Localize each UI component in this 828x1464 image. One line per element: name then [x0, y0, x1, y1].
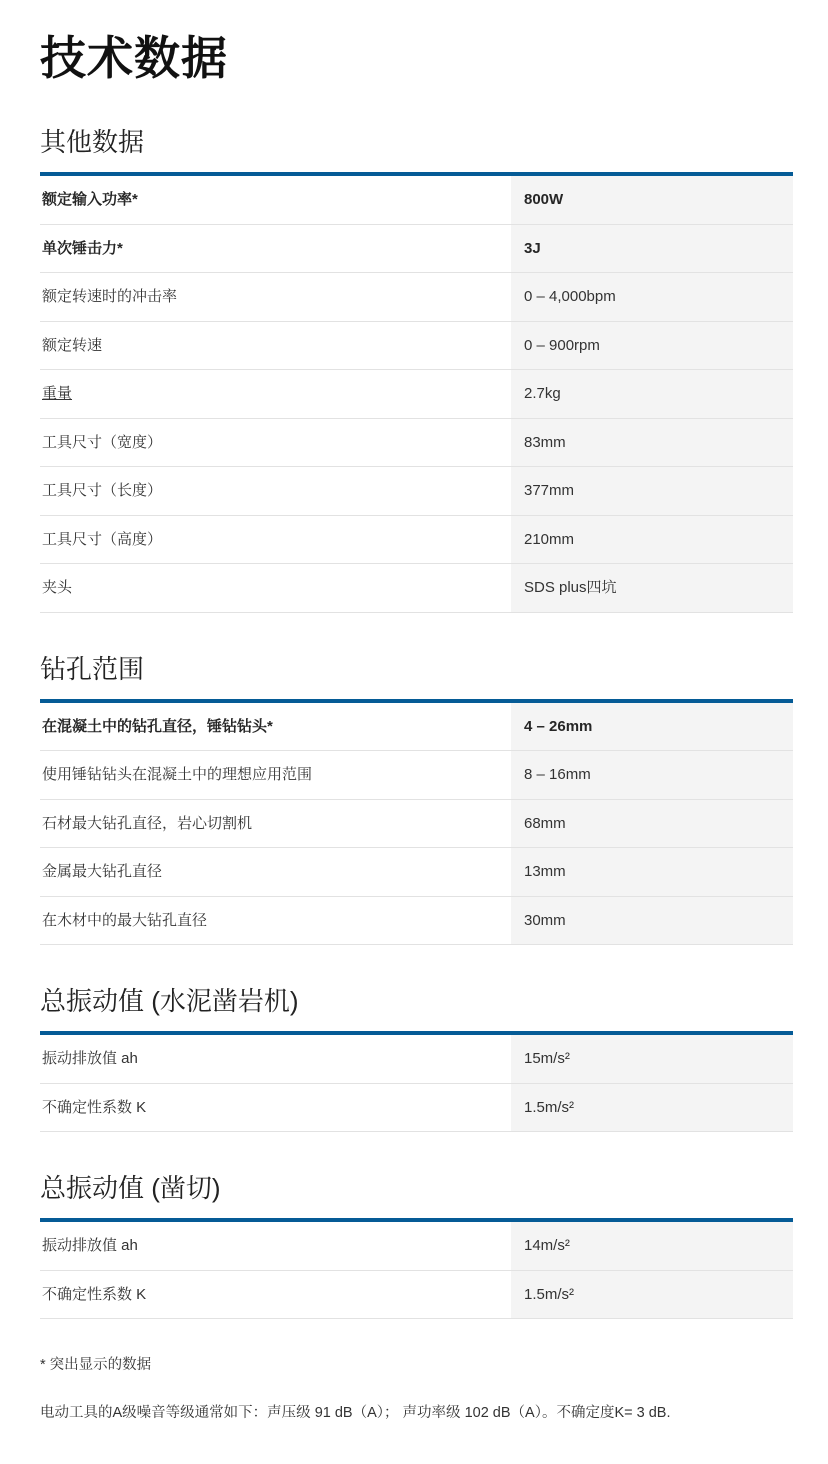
- spec-label: 振动排放值 ah: [40, 1222, 511, 1270]
- spec-row: 振动排放值 ah 14m/s²: [40, 1222, 793, 1271]
- spec-row: 不确定性系数 K 1.5m/s²: [40, 1271, 793, 1320]
- spec-label: 工具尺寸（宽度）: [40, 419, 511, 467]
- spec-label: 额定转速时的冲击率: [40, 273, 511, 321]
- spec-label: 使用锤钻钻头在混凝土中的理想应用范围: [40, 751, 511, 799]
- spec-row: 额定转速时的冲击率 0 – 4,000bpm: [40, 273, 793, 322]
- spec-value: 83mm: [511, 419, 793, 467]
- spec-row: 不确定性系数 K 1.5m/s²: [40, 1084, 793, 1133]
- spec-row: 石材最大钻孔直径，岩心切割机 68mm: [40, 800, 793, 849]
- spec-value: 15m/s²: [511, 1035, 793, 1083]
- spec-value: 377mm: [511, 467, 793, 515]
- spec-label: 夹头: [40, 564, 511, 612]
- spec-row: 额定输入功率* 800W: [40, 176, 793, 225]
- spec-row: 工具尺寸（宽度） 83mm: [40, 419, 793, 468]
- spec-label: 单次锤击力*: [40, 225, 511, 273]
- spec-value: 68mm: [511, 800, 793, 848]
- spec-value: 1.5m/s²: [511, 1271, 793, 1319]
- weight-term-link[interactable]: 重量: [42, 385, 72, 402]
- footnote-highlighted-data: * 突出显示的数据: [40, 1355, 793, 1375]
- spec-row: 在木材中的最大钻孔直径 30mm: [40, 897, 793, 946]
- spec-value: 14m/s²: [511, 1222, 793, 1270]
- spec-label: 在木材中的最大钻孔直径: [40, 897, 511, 945]
- spec-label: 工具尺寸（高度）: [40, 516, 511, 564]
- section-heading: 钻孔范围: [40, 649, 793, 686]
- spec-table: 额定输入功率* 800W 单次锤击力* 3J 额定转速时的冲击率 0 – 4,0…: [40, 172, 793, 613]
- spec-value: SDS plus四坑: [511, 564, 793, 612]
- section-vibration-hammer: 总振动值 (水泥凿岩机) 振动排放值 ah 15m/s² 不确定性系数 K 1.…: [40, 981, 793, 1132]
- spec-label: 额定输入功率*: [40, 176, 511, 224]
- spec-row: 使用锤钻钻头在混凝土中的理想应用范围 8 – 16mm: [40, 751, 793, 800]
- spec-row: 工具尺寸（长度） 377mm: [40, 467, 793, 516]
- spec-row: 额定转速 0 – 900rpm: [40, 322, 793, 371]
- spec-value: 8 – 16mm: [511, 751, 793, 799]
- spec-label: 不确定性系数 K: [40, 1084, 511, 1132]
- spec-value: 1.5m/s²: [511, 1084, 793, 1132]
- spec-label: 不确定性系数 K: [40, 1271, 511, 1319]
- spec-value: 0 – 4,000bpm: [511, 273, 793, 321]
- spec-value: 30mm: [511, 897, 793, 945]
- spec-label: 工具尺寸（长度）: [40, 467, 511, 515]
- section-vibration-chiselling: 总振动值 (凿切) 振动排放值 ah 14m/s² 不确定性系数 K 1.5m/…: [40, 1168, 793, 1319]
- technical-data-page: 技术数据 其他数据 额定输入功率* 800W 单次锤击力* 3J 额定转速时的冲…: [0, 0, 828, 1464]
- spec-table: 在混凝土中的钻孔直径，锤钻钻头* 4 – 26mm 使用锤钻钻头在混凝土中的理想…: [40, 699, 793, 946]
- spec-row: 振动排放值 ah 15m/s²: [40, 1035, 793, 1084]
- spec-label: 振动排放值 ah: [40, 1035, 511, 1083]
- spec-row: 夹头 SDS plus四坑: [40, 564, 793, 613]
- spec-label: 重量: [40, 370, 511, 418]
- section-heading: 总振动值 (水泥凿岩机): [40, 981, 793, 1018]
- spec-value: 800W: [511, 176, 793, 224]
- footnote-noise-levels: 电动工具的A级噪音等级通常如下：声压级 91 dB（A）； 声功率级 102 d…: [40, 1403, 793, 1423]
- spec-row: 单次锤击力* 3J: [40, 225, 793, 274]
- spec-value: 2.7kg: [511, 370, 793, 418]
- section-heading: 其他数据: [40, 122, 793, 159]
- spec-row: 工具尺寸（高度） 210mm: [40, 516, 793, 565]
- spec-value: 4 – 26mm: [511, 703, 793, 751]
- spec-table: 振动排放值 ah 15m/s² 不确定性系数 K 1.5m/s²: [40, 1031, 793, 1132]
- spec-label: 在混凝土中的钻孔直径，锤钻钻头*: [40, 703, 511, 751]
- spec-value: 210mm: [511, 516, 793, 564]
- section-heading: 总振动值 (凿切): [40, 1168, 793, 1205]
- spec-table: 振动排放值 ah 14m/s² 不确定性系数 K 1.5m/s²: [40, 1218, 793, 1319]
- page-title: 技术数据: [40, 22, 793, 88]
- spec-row: 在混凝土中的钻孔直径，锤钻钻头* 4 – 26mm: [40, 703, 793, 752]
- spec-value: 13mm: [511, 848, 793, 896]
- section-other-data: 其他数据 额定输入功率* 800W 单次锤击力* 3J 额定转速时的冲击率 0 …: [40, 122, 793, 613]
- spec-value: 0 – 900rpm: [511, 322, 793, 370]
- spec-label: 金属最大钻孔直径: [40, 848, 511, 896]
- spec-value: 3J: [511, 225, 793, 273]
- footnotes: * 突出显示的数据 电动工具的A级噪音等级通常如下：声压级 91 dB（A）； …: [40, 1355, 793, 1424]
- section-drilling-range: 钻孔范围 在混凝土中的钻孔直径，锤钻钻头* 4 – 26mm 使用锤钻钻头在混凝…: [40, 649, 793, 946]
- spec-row: 重量 2.7kg: [40, 370, 793, 419]
- spec-label: 额定转速: [40, 322, 511, 370]
- spec-row: 金属最大钻孔直径 13mm: [40, 848, 793, 897]
- spec-label: 石材最大钻孔直径，岩心切割机: [40, 800, 511, 848]
